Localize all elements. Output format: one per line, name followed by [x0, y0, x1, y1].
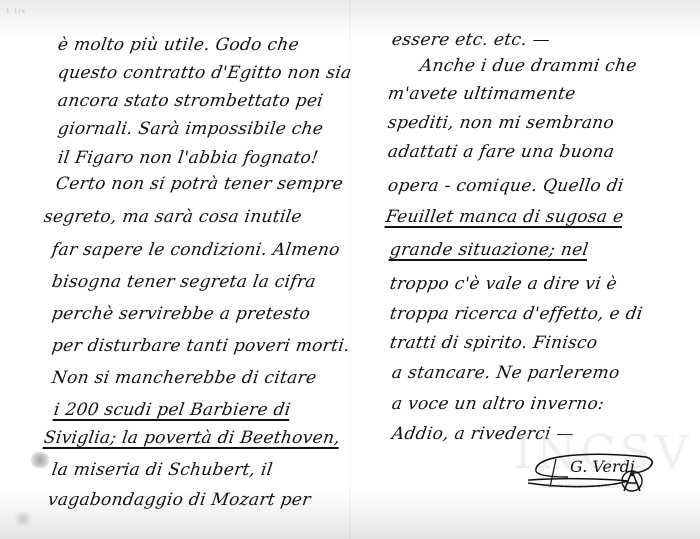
- right-line-14: Addio, a rivederci —: [391, 424, 576, 444]
- left-line-1: è molto più utile. Godo che: [57, 35, 301, 55]
- left-line-6: Certo non si potrà tener sempre: [55, 174, 345, 194]
- left-line-3: ancora stato strombettato pei: [57, 91, 325, 111]
- left-line-9: bisogna tener segreta la cifra: [51, 272, 318, 292]
- right-line-1: essere etc. etc. —: [391, 30, 552, 50]
- right-line-10: troppa ricerca d'effetto, e di: [389, 304, 644, 324]
- letter-sheet: 1·1/x è molto più utile. Godo che questo…: [0, 0, 700, 539]
- signature: G. Verdi: [528, 447, 658, 493]
- signature-text: G. Verdi: [570, 457, 635, 476]
- right-line-12: a stancare. Ne parleremo: [391, 363, 621, 383]
- right-line-5: adattati a fare una buona: [387, 142, 616, 162]
- left-line-2: questo contratto d'Egitto non sia: [57, 63, 353, 83]
- left-line-14: Siviglia; la povertà di Beethoven,: [43, 428, 342, 448]
- left-line-11: per disturbare tanti poveri morti.: [51, 336, 352, 356]
- right-line-4: spediti, non mi sembrano: [387, 113, 616, 133]
- left-line-13: i 200 scudi pel Barbiere di: [53, 400, 292, 420]
- right-line-7: Feuillet manca di sugosa e: [385, 207, 625, 227]
- left-line-15: la miseria di Schubert, il: [51, 460, 274, 480]
- right-line-11: tratti di spirito. Finisco: [389, 333, 599, 353]
- archive-corner-mark: 1·1/x: [6, 8, 26, 15]
- right-line-6: opera - comique. Quello di: [387, 176, 625, 196]
- archive-stamp-mark: [30, 452, 50, 468]
- left-line-16: vagabondaggio di Mozart per: [47, 490, 312, 510]
- right-line-2: Anche i due drammi che: [419, 56, 638, 76]
- right-line-13: a voce un altro inverno:: [391, 394, 606, 414]
- left-line-12: Non si mancherebbe di citare: [51, 368, 318, 388]
- right-line-8: grande situazione; nel: [389, 240, 590, 260]
- left-line-7: segreto, ma sarà cosa inutile: [43, 207, 304, 227]
- left-line-10: perchè servirebbe a pretesto: [51, 304, 312, 324]
- left-line-5: il Figaro non l'abbia fognato!: [57, 148, 320, 168]
- left-line-8: far sapere le condizioni. Almeno: [51, 240, 342, 260]
- right-line-9: troppo c'è vale a dire vi è: [389, 274, 619, 294]
- left-line-4: giornali. Sarà impossibile che: [57, 119, 325, 139]
- right-line-3: m'avete ultimamente: [387, 84, 577, 104]
- ink-smudge: [12, 512, 34, 526]
